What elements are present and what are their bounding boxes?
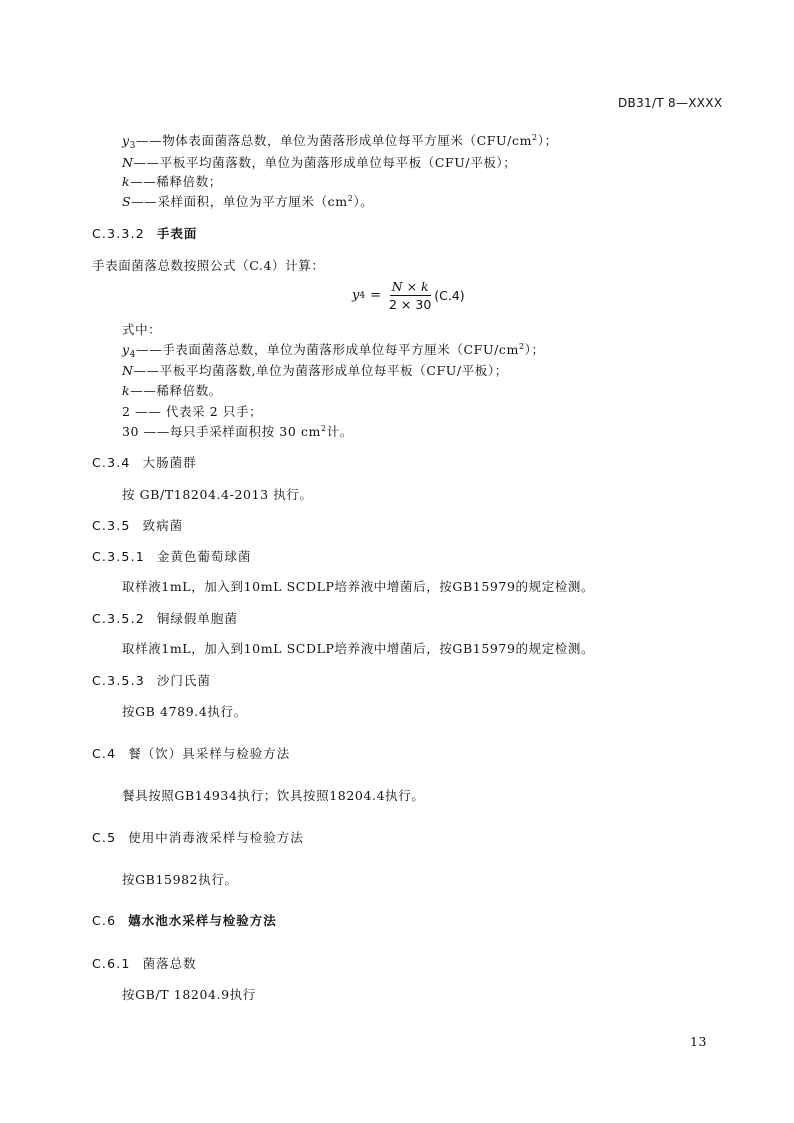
section-body-c353: 按GB 4789.4执行。 bbox=[122, 702, 247, 720]
formula-intro: 手表面菌落总数按照公式（C.4）计算： bbox=[92, 256, 324, 274]
definition-y4: y4——手表面菌落总数，单位为菌落形成单位每平方厘米（CFU/cm2）； bbox=[122, 340, 545, 358]
section-heading-c5: C.5使用中消毒液采样与检验方法 bbox=[92, 827, 304, 846]
definition-k: k——稀释倍数； bbox=[122, 172, 222, 190]
section-body-c61: 按GB/T 18204.9执行 bbox=[122, 985, 256, 1003]
section-heading-c332: C.3.3.2手表面 bbox=[92, 223, 197, 242]
section-body-c5: 按GB15982执行。 bbox=[122, 870, 238, 888]
definition-k-2: k——稀释倍数。 bbox=[122, 381, 222, 399]
section-heading-c351: C.3.5.1金黄色葡萄球菌 bbox=[92, 546, 251, 565]
section-body-c4: 餐具按照GB14934执行；饮具按照18204.4执行。 bbox=[122, 786, 424, 804]
definition-n-2: N——平板平均菌落数,单位为菌落形成单位每平板（CFU/平板）； bbox=[122, 361, 508, 379]
equation-label: (C.4) bbox=[434, 288, 464, 303]
fraction: N × k 2 × 30 bbox=[389, 279, 431, 312]
definition-30: 30 ——每只手采样面积按 30 cm2计。 bbox=[122, 422, 353, 440]
formula-c4: y4 = N × k 2 × 30 (C.4) bbox=[352, 279, 465, 312]
section-body-c34: 按 GB/T18204.4-2013 执行。 bbox=[122, 485, 313, 503]
section-heading-c353: C.3.5.3沙门氏菌 bbox=[92, 670, 211, 689]
document-code: DB31/T 8—XXXX bbox=[618, 96, 722, 110]
section-heading-c6: C.6嬉水池水采样与检验方法 bbox=[92, 910, 277, 929]
section-heading-c4: C.4餐（饮）具采样与检验方法 bbox=[92, 743, 290, 762]
definition-n: N——平板平均菌落数，单位为菌落形成单位每平板（CFU/平板）； bbox=[122, 153, 516, 171]
page-number: 13 bbox=[690, 1034, 707, 1049]
section-heading-c61: C.6.1菌落总数 bbox=[92, 953, 197, 972]
where-label: 式中： bbox=[122, 320, 161, 338]
section-body-c352: 取样液1mL，加入到10mL SCDLP培养液中增菌后，按GB15979的规定检… bbox=[122, 639, 594, 657]
definition-s: S——采样面积，单位为平方厘米（cm2）。 bbox=[122, 192, 373, 210]
section-heading-c352: C.3.5.2铜绿假单胞菌 bbox=[92, 608, 238, 627]
section-heading-c34: C.3.4大肠菌群 bbox=[92, 452, 197, 471]
section-body-c351: 取样液1mL，加入到10mL SCDLP培养液中增菌后，按GB15979的规定检… bbox=[122, 577, 594, 595]
symbol: y bbox=[122, 133, 130, 148]
definition-y3: y3——物体表面菌落总数，单位为菌落形成单位每平方厘米（CFU/cm2）； bbox=[122, 131, 558, 149]
definition-2: 2 —— 代表采 2 只手； bbox=[122, 402, 262, 420]
section-heading-c35: C.3.5致病菌 bbox=[92, 515, 183, 534]
